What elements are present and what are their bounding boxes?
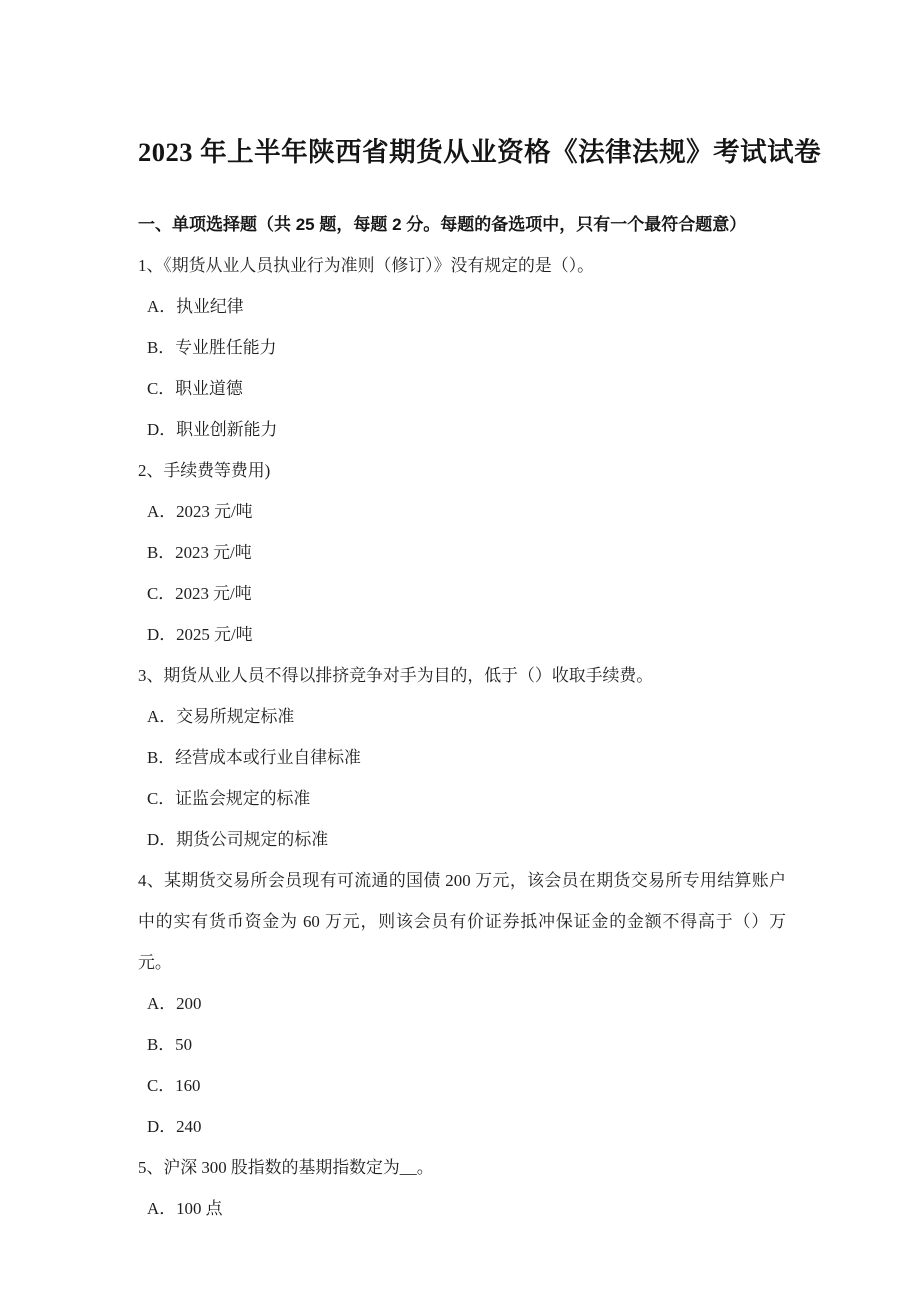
question-block-5: 5、沪深 300 股指数的基期指数定为__。 A．100 点 <box>138 1147 786 1229</box>
question-3-option-b: B．经营成本或行业自律标准 <box>138 737 786 778</box>
question-block-2: 2、手续费等费用) A．2023 元/吨 B．2023 元/吨 C．2023 元… <box>138 450 786 655</box>
question-4-option-b: B．50 <box>138 1024 786 1065</box>
question-4-option-a: A．200 <box>138 983 786 1024</box>
question-block-3: 3、期货从业人员不得以排挤竞争对手为目的，低于（）收取手续费。 A．交易所规定标… <box>138 655 786 860</box>
question-1-option-b: B．专业胜任能力 <box>138 327 786 368</box>
exam-document: 2023 年上半年陕西省期货从业资格《法律法规》考试试卷 一、单项选择题（共 2… <box>0 0 916 1229</box>
question-3-option-d: D．期货公司规定的标准 <box>138 819 786 860</box>
question-block-4: 4、某期货交易所会员现有可流通的国债 200 万元，该会员在期货交易所专用结算账… <box>138 860 786 1147</box>
question-3-text: 3、期货从业人员不得以排挤竞争对手为目的，低于（）收取手续费。 <box>138 655 786 696</box>
question-1-option-c: C．职业道德 <box>138 368 786 409</box>
question-3-option-c: C．证监会规定的标准 <box>138 778 786 819</box>
question-4-option-c: C．160 <box>138 1065 786 1106</box>
question-3-option-a: A．交易所规定标准 <box>138 696 786 737</box>
question-1-text: 1、《期货从业人员执业行为准则（修订）》没有规定的是（）。 <box>138 245 786 286</box>
question-2-option-b: B．2023 元/吨 <box>138 532 786 573</box>
question-5-option-a: A．100 点 <box>138 1188 786 1229</box>
question-4-text: 4、某期货交易所会员现有可流通的国债 200 万元，该会员在期货交易所专用结算账… <box>138 860 786 983</box>
question-2-option-a: A．2023 元/吨 <box>138 491 786 532</box>
question-2-option-d: D．2025 元/吨 <box>138 614 786 655</box>
page-title: 2023 年上半年陕西省期货从业资格《法律法规》考试试卷 <box>138 132 786 172</box>
question-1-option-d: D．职业创新能力 <box>138 409 786 450</box>
section-heading: 一、单项选择题（共 25 题，每题 2 分。每题的备选项中，只有一个最符合题意） <box>138 204 786 245</box>
question-5-text: 5、沪深 300 股指数的基期指数定为__。 <box>138 1147 786 1188</box>
question-block-1: 1、《期货从业人员执业行为准则（修订）》没有规定的是（）。 A．执业纪律 B．专… <box>138 245 786 450</box>
question-2-text: 2、手续费等费用) <box>138 450 786 491</box>
question-4-option-d: D．240 <box>138 1106 786 1147</box>
question-1-option-a: A．执业纪律 <box>138 286 786 327</box>
question-2-option-c: C．2023 元/吨 <box>138 573 786 614</box>
